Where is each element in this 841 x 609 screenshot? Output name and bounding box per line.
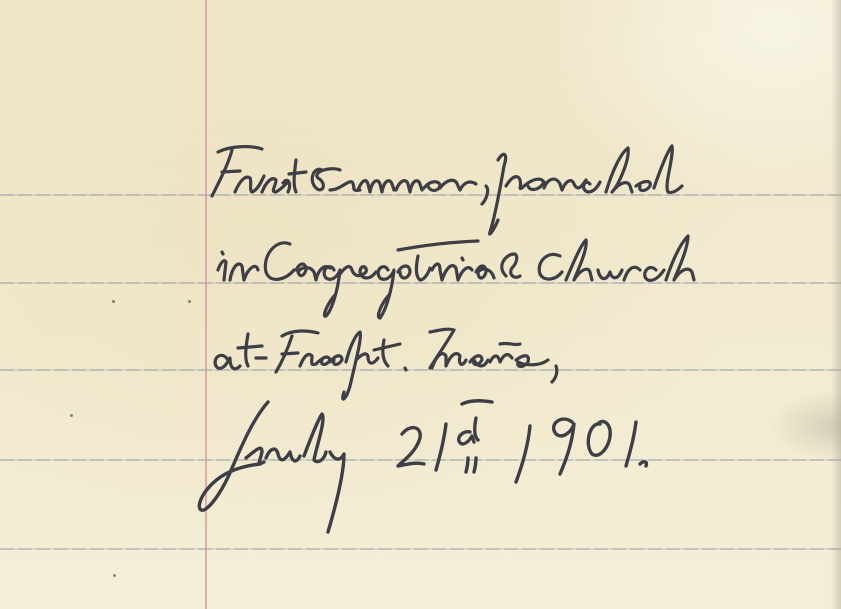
handwriting-line-2 <box>218 236 694 318</box>
handwriting-line-3 <box>215 329 557 399</box>
handwriting-ink <box>0 0 841 609</box>
handwriting-line-4 <box>199 401 646 532</box>
handwriting-line-1 <box>212 146 682 234</box>
ruled-paper-sheet: First Sermon, preached in Congregational… <box>0 0 841 609</box>
